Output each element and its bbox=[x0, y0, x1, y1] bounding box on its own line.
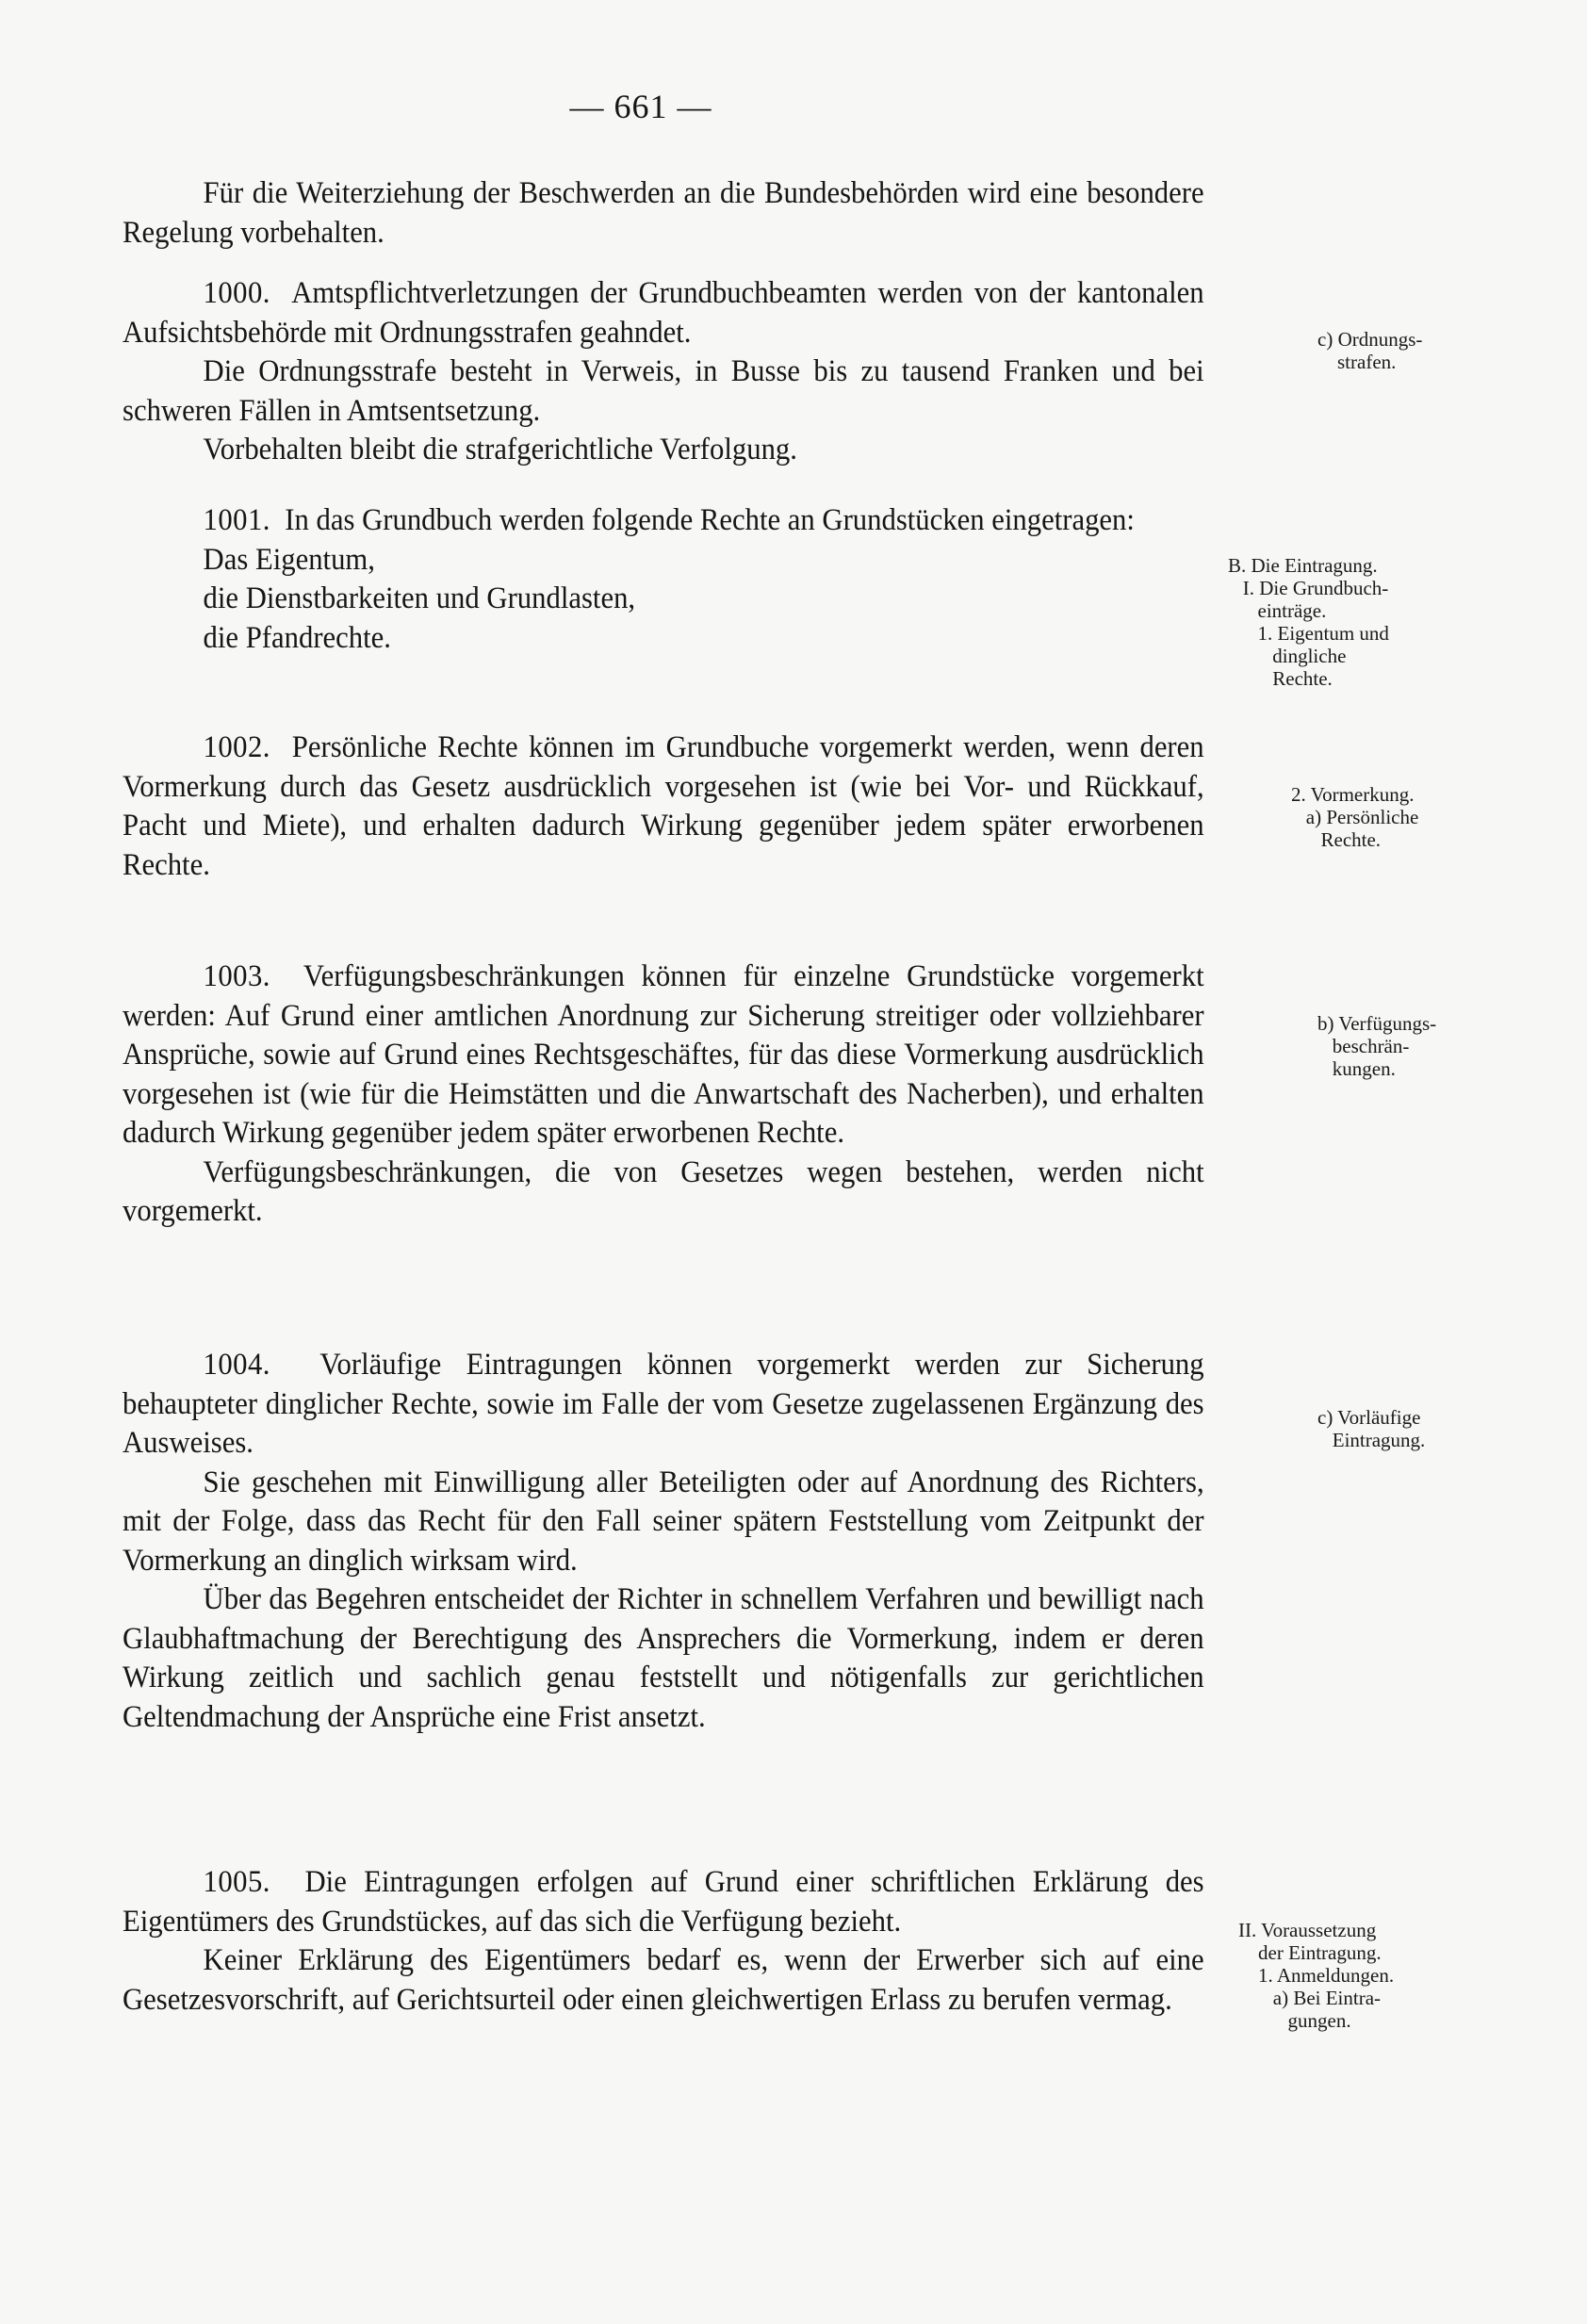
margin-note-line: a) Bei Eintra- bbox=[1238, 1987, 1394, 2009]
margin-note-line: der Eintragung. bbox=[1238, 1941, 1394, 1964]
paragraph: 1000. Amtspflichtverletzungen der Grundb… bbox=[123, 274, 1204, 352]
paragraph-text: Vorläufige Eintragungen können vorgemerk… bbox=[123, 1348, 1204, 1460]
list-item: Das Eigentum, bbox=[123, 541, 1204, 581]
block-intro: Für die Weiterziehung der Beschwerden an… bbox=[123, 174, 1204, 253]
margin-note-line: c) Ordnungs- bbox=[1317, 328, 1422, 351]
paragraph-text: Amtspflichtverletzungen der Grundbuchbea… bbox=[123, 276, 1204, 350]
margin-note-line: a) Persönliche bbox=[1291, 806, 1418, 828]
margin-note-line: c) Vorläufige bbox=[1317, 1406, 1425, 1429]
article-number: 1000. bbox=[204, 276, 270, 310]
margin-note-1000: c) Ordnungs- strafen. bbox=[1317, 283, 1422, 396]
paragraph: Verfügungsbeschränkungen, die von Gesetz… bbox=[123, 1154, 1204, 1232]
article-1005: 1005. Die Eintragungen erfolgen auf Grun… bbox=[123, 1863, 1204, 2020]
margin-note-line: Rechte. bbox=[1291, 828, 1418, 851]
margin-note-line: dingliche bbox=[1228, 645, 1389, 667]
margin-note-1002: 2. Vormerkung. a) Persönliche Rechte. bbox=[1291, 738, 1418, 874]
margin-note-line: einträge. bbox=[1228, 599, 1389, 622]
article-1000: 1000. Amtspflichtverletzungen der Grundb… bbox=[123, 274, 1204, 470]
margin-note-line: II. Voraussetzung bbox=[1238, 1919, 1394, 1941]
article-1004: 1004. Vorläufige Eintragungen können vor… bbox=[123, 1346, 1204, 1737]
article-1001: 1001. In das Grundbuch werden folgende R… bbox=[123, 501, 1204, 658]
margin-note-line: gungen. bbox=[1238, 2009, 1394, 2032]
margin-note-line: kungen. bbox=[1317, 1057, 1436, 1080]
paragraph: 1004. Vorläufige Eintragungen können vor… bbox=[123, 1346, 1204, 1464]
margin-note-line: beschrän- bbox=[1317, 1035, 1436, 1057]
article-number: 1004. bbox=[204, 1348, 270, 1382]
paragraph-text: Persönliche Rechte können im Grundbuche … bbox=[123, 730, 1204, 882]
article-number: 1003. bbox=[204, 959, 270, 993]
margin-note-line: 1. Eigentum und bbox=[1228, 622, 1389, 645]
paragraph: 1005. Die Eintragungen erfolgen auf Grun… bbox=[123, 1863, 1204, 1941]
margin-note-1001: B. Die Eintragung. I. Die Grundbuch- ein… bbox=[1228, 509, 1389, 712]
paragraph: Keiner Erklärung des Eigentümers bedarf … bbox=[123, 1941, 1204, 2020]
margin-note-line: B. Die Eintragung. bbox=[1228, 554, 1389, 577]
margin-note-line: b) Verfügungs- bbox=[1317, 1012, 1436, 1035]
article-number: 1001. bbox=[204, 503, 270, 537]
margin-note-line: 2. Vormerkung. bbox=[1291, 783, 1418, 806]
paragraph: 1001. In das Grundbuch werden folgende R… bbox=[123, 501, 1204, 541]
paragraph: Sie geschehen mit Einwilligung aller Bet… bbox=[123, 1464, 1204, 1581]
margin-note-line: Eintragung. bbox=[1317, 1429, 1425, 1451]
article-number: 1002. bbox=[204, 730, 270, 764]
margin-note-1004: c) Vorläufige Eintragung. bbox=[1317, 1361, 1425, 1474]
paragraph-text: Die Eintragungen erfolgen auf Grund eine… bbox=[123, 1865, 1204, 1939]
paragraph-text: In das Grundbuch werden folgende Rechte … bbox=[285, 503, 1135, 537]
margin-note-1003: b) Verfügungs- beschrän- kungen. bbox=[1317, 967, 1436, 1103]
paragraph: Für die Weiterziehung der Beschwerden an… bbox=[123, 174, 1204, 253]
article-1003: 1003. Verfügungsbeschränkungen können fü… bbox=[123, 957, 1204, 1232]
list-item: die Pfandrechte. bbox=[123, 619, 1204, 659]
margin-note-line: 1. Anmeldungen. bbox=[1238, 1964, 1394, 1987]
list-item: die Dienstbarkeiten und Grundlasten, bbox=[123, 580, 1204, 619]
margin-note-line: I. Die Grundbuch- bbox=[1228, 577, 1389, 599]
margin-note-1005: II. Voraussetzung der Eintragung. 1. Anm… bbox=[1238, 1874, 1394, 2054]
paragraph: 1002. Persönliche Rechte können im Grund… bbox=[123, 728, 1204, 885]
paragraph: Über das Begehren entscheidet der Richte… bbox=[123, 1580, 1204, 1737]
paragraph-text: Verfügungsbeschränkungen können für einz… bbox=[123, 959, 1204, 1150]
margin-note-line: Rechte. bbox=[1228, 667, 1389, 690]
article-number: 1005. bbox=[204, 1865, 270, 1899]
paragraph: Vorbehalten bleibt die strafgerichtliche… bbox=[123, 431, 1204, 470]
page-number: — 661 — bbox=[0, 87, 1282, 126]
margin-note-line: strafen. bbox=[1317, 351, 1422, 373]
paragraph: Die Ordnungsstrafe besteht in Verweis, i… bbox=[123, 352, 1204, 431]
paragraph: 1003. Verfügungsbeschränkungen können fü… bbox=[123, 957, 1204, 1154]
article-1002: 1002. Persönliche Rechte können im Grund… bbox=[123, 728, 1204, 885]
